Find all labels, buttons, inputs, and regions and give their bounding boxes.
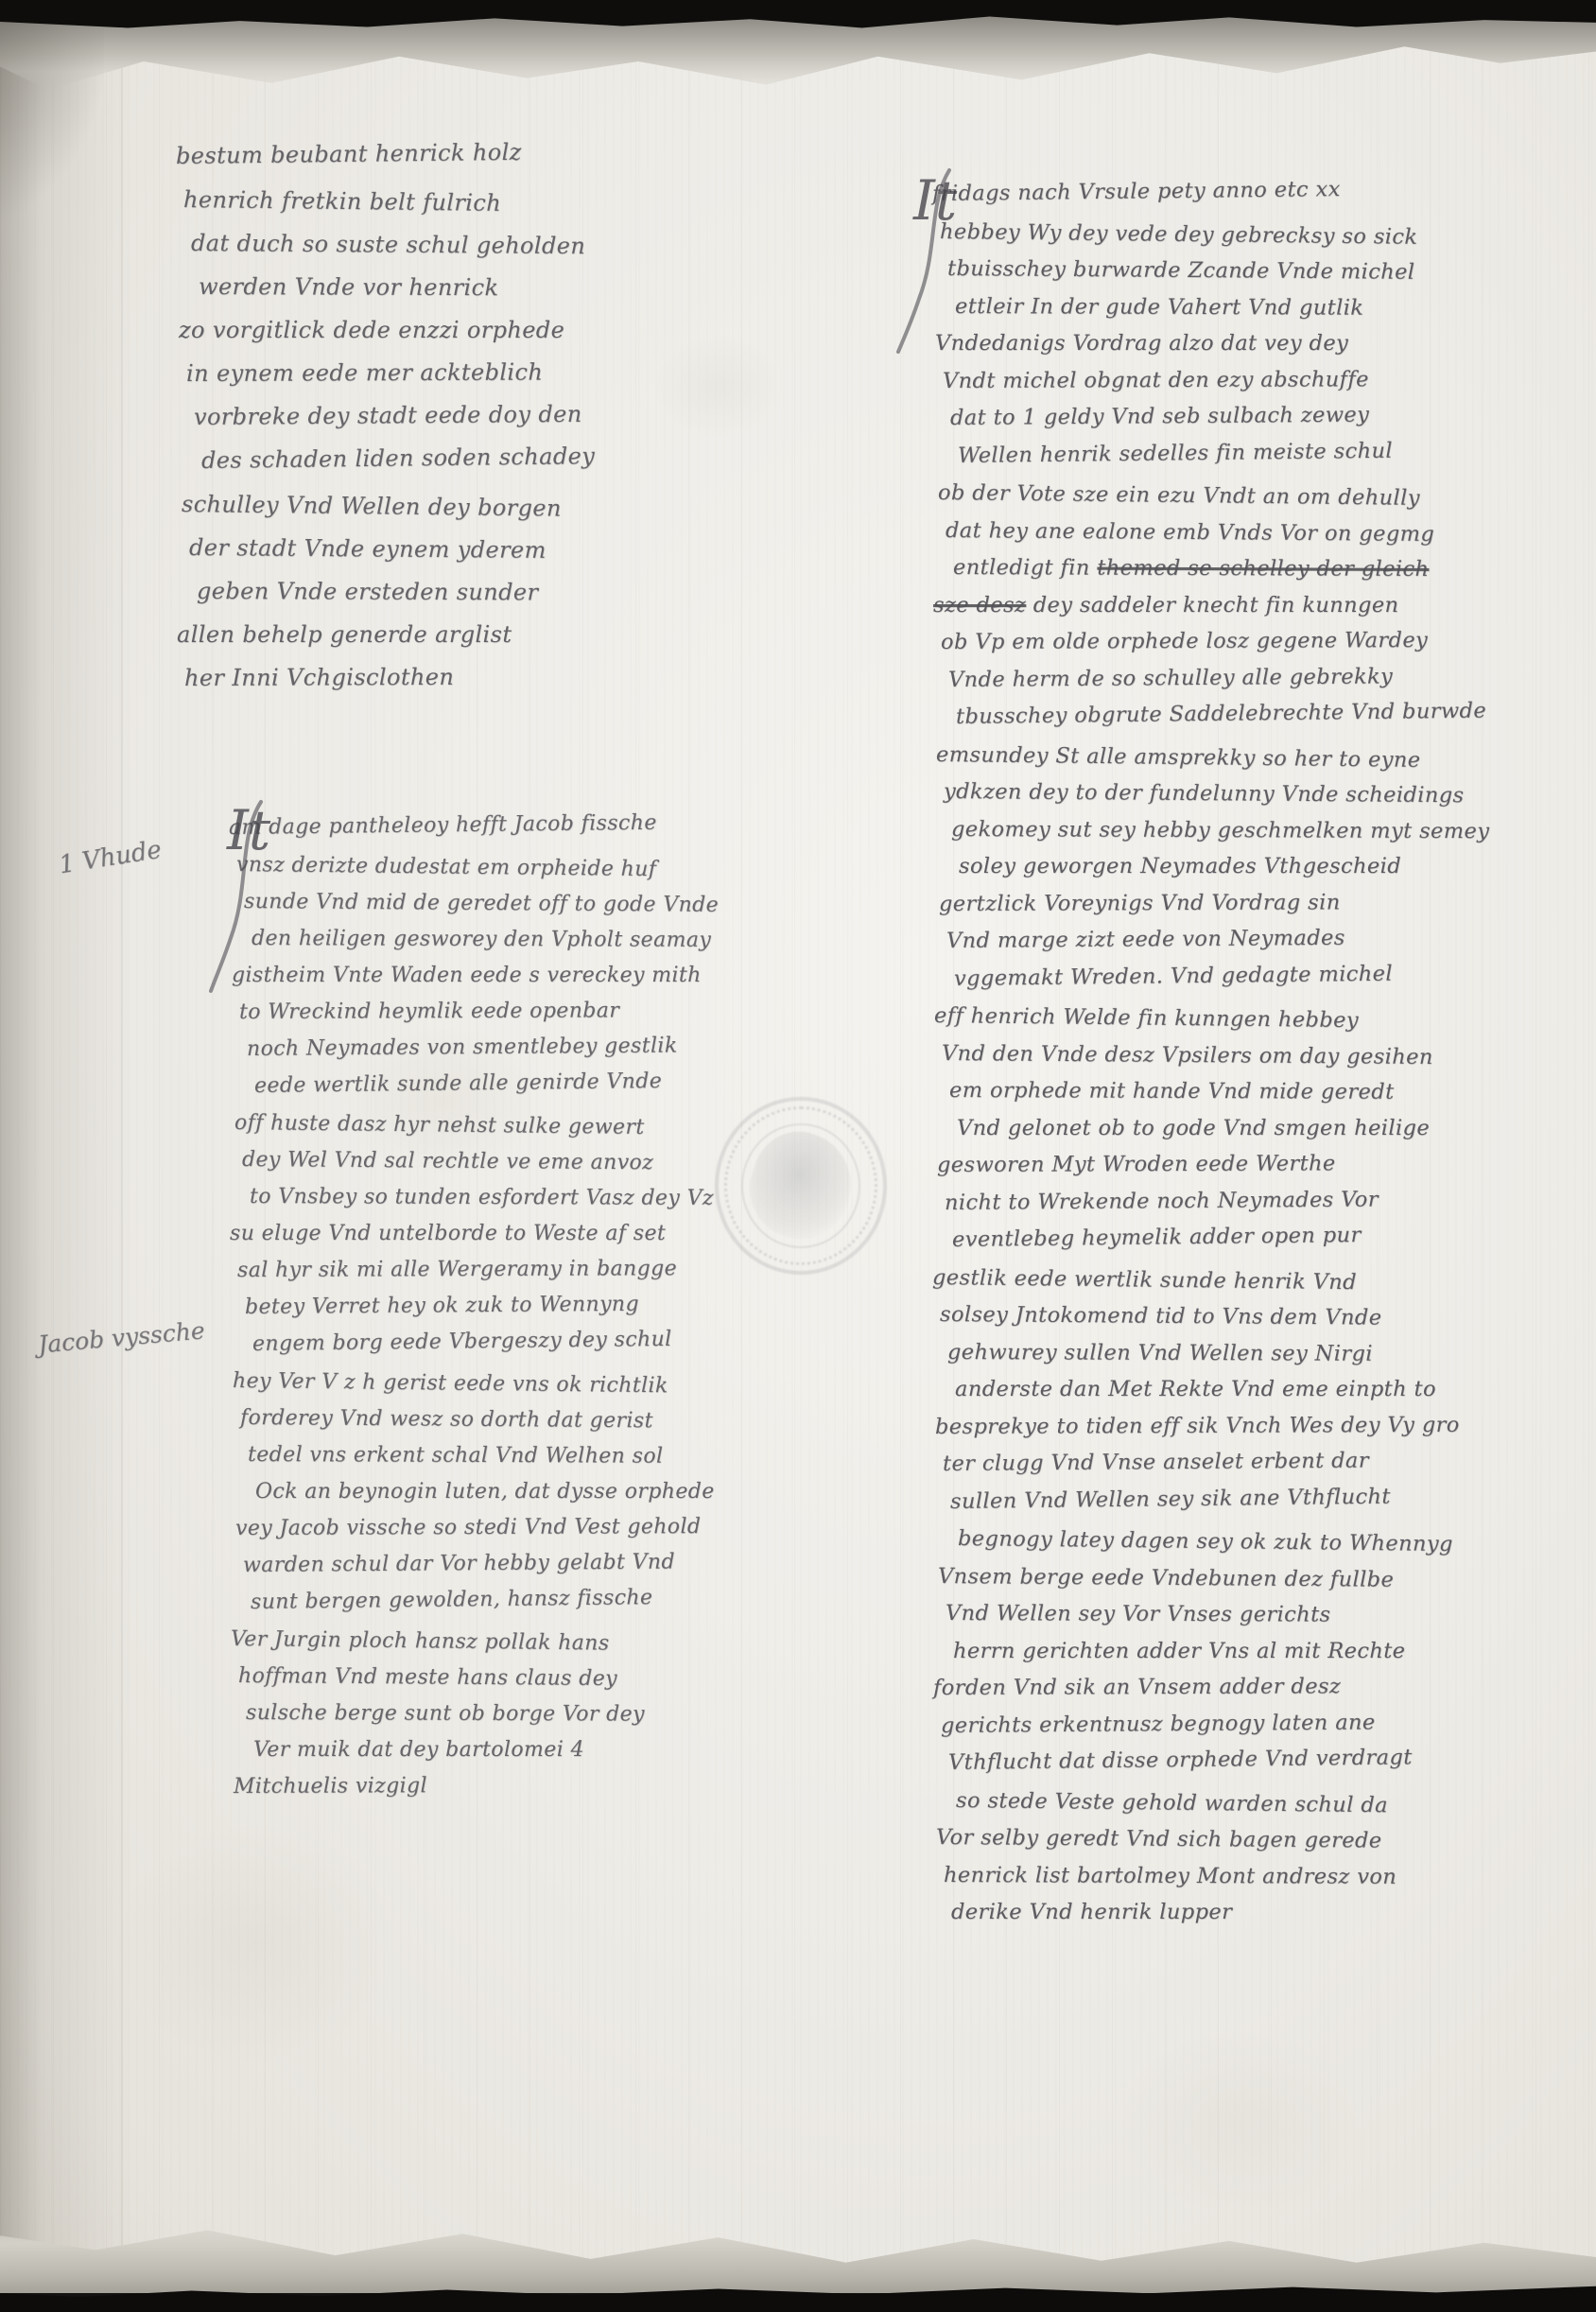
manuscript-text: allen behelp generde arglist [177,621,512,648]
manuscript-text: Vndt michel obgnat den ezy abschuffe [943,367,1369,393]
manuscript-text: dey saddeler knecht fin kunngen [1026,593,1398,617]
manuscript-line: Ver muik dat dey bartolomei 4 [253,1731,692,1768]
left-column-paragraph-1: bestum beubant henrick holzhenrich fretk… [185,134,639,700]
manuscript-text: am dage pantheleoy hefft Jacob fissche [229,811,657,840]
manuscript-line: Mitchuelis vizgigl [234,1766,692,1805]
manuscript-text: dey Wel Vnd sal rechtle ve eme anvoz [242,1148,653,1174]
manuscript-line: Vthflucht dat disse orphede Vnd verdragt [948,1739,1414,1782]
manuscript-line: vggemakt Wreden. Vnd gedagte michel [954,955,1414,998]
manuscript-line: Ock an beynogin luten, dat dysse orphede [255,1473,692,1510]
manuscript-line: gistheim Vnte Waden eede s vereckey mith [232,957,692,994]
manuscript-line: sunde Vnd mid de geredet off to gode Vnd… [244,883,692,924]
manuscript-line: her Inni Vchgisclothen [184,654,639,700]
manuscript-line: allen behelp generde arglist [177,613,639,656]
manuscript-line: betey Verret hey ok zuk to Wennyng [245,1285,692,1326]
manuscript-text: Ver Jurgin ploch hansz pollak hans [231,1627,610,1656]
manuscript-text: emsundey St alle amsprekky so her to eyn… [936,742,1421,773]
paper-stain [113,1819,397,2065]
manuscript-line: tedel vns erkent schal Vnd Welhen sol [248,1436,692,1475]
manuscript-line: dat hey ane ealone emb Vnds Vor on gegmg [945,513,1414,553]
manuscript-text: Vthflucht dat disse orphede Vnd verdragt [948,1745,1413,1775]
manuscript-text: nicht to Wrekende noch Neymades Vor [945,1187,1379,1215]
manuscript-text: werden Vnde vor henrick [199,273,499,301]
manuscript-text: to Wreckind heymlik eede openbar [239,999,619,1024]
manuscript-line: sulsche berge sunt ob borge Vor dey [246,1695,692,1733]
manuscript-text: entledigt fin [953,555,1097,581]
manuscript-text: Wellen henrik sedelles fin meiste schul [958,438,1393,467]
manuscript-text: anderste dan Met Rekte Vnd eme einpth to [955,1377,1436,1401]
manuscript-line: Vndedanigs Vordrag alzo dat vey dey [935,325,1414,363]
manuscript-text: tbuisschey burwarde Zcande Vnde michel [947,256,1415,285]
manuscript-text: ob Vp em olde orphede losz gegene Wardey [941,628,1428,654]
manuscript-line: Vndt michel obgnat den ezy abschuffe [943,361,1414,400]
manuscript-line: Vnd Wellen sey Vor Vnses gerichts [945,1595,1414,1634]
manuscript-line: to Vnsbey so tunden esfordert Vasz dey V… [250,1178,692,1217]
manuscript-text: su eluge Vnd untelborde to Weste af set [230,1222,666,1245]
manuscript-line: ob Vp em olde orphede losz gegene Wardey [941,622,1414,661]
manuscript-line: fridags nach Vrsule pety anno etc xx [932,170,1414,213]
struck-text: themed se schelley der gleich [1097,556,1429,582]
archive-seal-stamp [715,1097,887,1275]
manuscript-line: Vnd den Vnde desz Vpsilers om day gesihe… [942,1035,1414,1076]
manuscript-text: der stadt Vnde eynem yderem [189,534,546,564]
manuscript-line: solsey Jntokomend tid to Vns dem Vnde [940,1296,1414,1337]
manuscript-line: sze desz dey saddeler knecht fin kunngen [933,587,1414,625]
manuscript-text: so stede Veste gehold warden schul da [956,1788,1388,1817]
manuscript-text: dat duch so suste schul geholden [191,230,585,259]
manuscript-line: am dage pantheleoy hefft Jacob fissche [229,804,692,846]
struck-text: sze desz [933,593,1026,617]
manuscript-text: off huste dasz hyr nehst sulke gewert [234,1111,645,1139]
manuscript-line: derike Vnd henrik lupper [951,1894,1414,1932]
manuscript-line: sunt bergen gewolden, hansz fissche [251,1579,692,1621]
manuscript-line: Vnd gelonet ob to gode Vnd smgen heilige [957,1110,1414,1148]
manuscript-text: sal hyr sik mi alle Wergeramy in bangge [237,1257,677,1282]
manuscript-text: hoffman Vnd meste hans claus dey [238,1664,617,1691]
manuscript-line: eede wertlik sunde alle genirde Vnde [254,1063,692,1104]
manuscript-text: vggemakt Wreden. Vnd gedagte michel [954,961,1393,990]
manuscript-text: Vnd gelonet ob to gode Vnd smgen heilige [957,1116,1430,1140]
manuscript-text: ydkzen dey to der fundelunny Vnde scheid… [944,779,1465,808]
manuscript-line: su eluge Vnd untelborde to Weste af set [230,1215,692,1252]
manuscript-line: werden Vnde vor henrick [199,265,639,310]
corner-tear [0,0,104,217]
manuscript-text: ob der Vote sze ein ezu Vndt an om dehul… [938,480,1420,511]
manuscript-line: forden Vnd sik an Vnsem adder desz [933,1668,1414,1707]
manuscript-line: gestlik eede wertlik sunde henrik Vnd [932,1260,1414,1302]
manuscript-line: ettleir In der gude Vahert Vnd gutlik [955,288,1414,327]
manuscript-line: bestum beubant henrick holz [176,129,639,178]
manuscript-text: tedel vns erkent schal Vnd Welhen sol [248,1443,664,1469]
manuscript-line: ter clugg Vnd Vnse anselet erbent dar [943,1442,1414,1483]
manuscript-text: gekomey sut sey hebby geschmelken myt se… [951,817,1489,843]
left-column-paragraph-2: am dage pantheleoy hefft Jacob fisschevn… [238,809,692,1805]
manuscript-line: henrich fretkin belt fulrich [183,178,639,227]
manuscript-text: in eynem eede mer ackteblich [186,359,543,387]
paper-stain [1116,2027,1362,2216]
manuscript-text: geben Vnde ersteden sunder [197,578,538,605]
manuscript-line: schulley Vnd Wellen dey borgen [182,482,639,531]
manuscript-text: vey Jacob vissche so stedi Vnd Vest geho… [235,1515,701,1540]
manuscript-line: off huste dasz hyr nehst sulke gewert [234,1104,692,1147]
manuscript-line: to Wreckind heymlik eede openbar [239,992,692,1031]
manuscript-line: Vnsem berge eede Vndebunen dez fullbe [938,1558,1414,1599]
manuscript-text: vnsz derizte dudestat em orpheide huf [236,853,657,881]
manuscript-line: hey Ver V z h gerist eede vns ok richtli… [233,1363,692,1405]
manuscript-line: sullen Vnd Wellen sey sik ane Vthflucht [950,1478,1414,1521]
manuscript-line: henrick list bartolmey Mont andresz von [944,1857,1414,1896]
manuscript-text: Vnd marge zizt eede von Neymades [946,926,1345,953]
manuscript-text: Vnsem berge eede Vndebunen dez fullbe [938,1564,1394,1592]
manuscript-line: vnsz derizte dudestat em orpheide huf [236,846,692,889]
manuscript-text: noch Neymades von smentlebey gestlik [247,1034,678,1061]
manuscript-text: gistheim Vnte Waden eede s vereckey mith [232,964,702,987]
manuscript-text: fridags nach Vrsule pety anno etc xx [932,177,1341,206]
manuscript-text: sunt bergen gewolden, hansz fissche [251,1586,653,1614]
manuscript-text: Mitchuelis vizgigl [234,1774,427,1799]
manuscript-line: des schaden liden soden schadey [201,434,639,482]
fold-line [121,23,123,2292]
manuscript-line: soley geworgen Neymades Vthgescheid [959,848,1414,886]
manuscript-line: herrn gerichten adder Vns al mit Rechte [953,1633,1414,1671]
manuscript-line: gerichts erkentnusz begnogy laten ane [941,1704,1414,1745]
manuscript-line: in eynem eede mer ackteblich [186,350,639,395]
manuscript-line: den heiligen gesworey den Vpholt seamay [252,920,692,959]
manuscript-line: zo vorgitlick dede enzzi orphede [179,308,639,352]
manuscript-text: Vnd den Vnde desz Vpsilers om day gesihe… [942,1041,1433,1069]
scanned-book-page: bestum beubant henrick holzhenrich fretk… [0,0,1596,2312]
manuscript-text: Vnde herm de so schulley alle gebrekky [948,664,1393,692]
manuscript-text: henrick list bartolmey Mont andresz von [944,1863,1396,1889]
manuscript-text: den heiligen gesworey den Vpholt seamay [252,927,711,952]
manuscript-text: des schaden liden soden schadey [201,443,595,474]
manuscript-line: Vnde herm de so schulley alle gebrekky [948,658,1414,699]
manuscript-text: forderey Vnd wesz so dorth dat gerist [240,1406,653,1433]
manuscript-line: warden schul dar Vor hebby gelabt Vnd [243,1543,692,1584]
manuscript-text: ettleir In der gude Vahert Vnd gutlik [955,294,1363,321]
manuscript-line: Vnd marge zizt eede von Neymades [946,919,1414,960]
manuscript-line: hoffman Vnd meste hans claus dey [238,1658,692,1698]
manuscript-text: derike Vnd henrik lupper [951,1900,1232,1924]
manuscript-line: der stadt Vnde eynem yderem [189,526,639,573]
manuscript-text: dat hey ane ealone emb Vnds Vor on gegmg [945,518,1434,547]
manuscript-text: to Vnsbey so tunden esfordert Vasz dey V… [250,1185,714,1210]
manuscript-text: gerichts erkentnusz begnogy laten ane [941,1710,1376,1738]
manuscript-line: sal hyr sik mi alle Wergeramy in bangge [237,1250,692,1289]
manuscript-text: betey Verret hey ok zuk to Wennyng [245,1293,639,1319]
manuscript-text: herrn gerichten adder Vns al mit Rechte [953,1639,1405,1663]
manuscript-line: vorbreke dey stadt eede doy den [194,391,639,439]
manuscript-line: em orphede mit hande Vnd mide geredt [949,1072,1414,1111]
manuscript-text: begnogy latey dagen sey ok zuk to Whenny… [958,1526,1453,1556]
manuscript-line: dat duch so suste schul geholden [191,221,639,269]
manuscript-text: eventlebeg heymelik adder open pur [952,1223,1362,1252]
manuscript-line: tbuisschey burwarde Zcande Vnde michel [947,251,1414,291]
manuscript-line: gertzlick Voreynigs Vnd Vordrag sin [939,884,1414,923]
manuscript-text: sullen Vnd Wellen sey sik ane Vthflucht [950,1484,1391,1513]
manuscript-text: dat to 1 geldy Vnd seb sulbach zewey [950,403,1369,430]
manuscript-line: Vor selby geredt Vnd sich bagen gerede [936,1819,1414,1860]
manuscript-line: eventlebeg heymelik adder open pur [952,1216,1414,1259]
manuscript-line: forderey Vnd wesz so dorth dat gerist [240,1399,692,1440]
manuscript-line: begnogy latey dagen sey ok zuk to Whenny… [958,1521,1414,1563]
manuscript-line: emsundey St alle amsprekky so her to eyn… [936,737,1414,779]
manuscript-text: schulley Vnd Wellen dey borgen [182,491,562,522]
manuscript-line: ydkzen dey to der fundelunny Vnde scheid… [944,774,1414,814]
manuscript-text: Vor selby geredt Vnd sich bagen gerede [936,1825,1382,1853]
manuscript-text: warden schul dar Vor hebby gelabt Vnd [243,1550,675,1577]
manuscript-text: hebbey Wy dey vede dey gebrecksy so sick [940,219,1418,250]
manuscript-text: em orphede mit hande Vnd mide geredt [949,1078,1395,1104]
right-column-paragraph: fridags nach Vrsule pety anno etc xxhebb… [942,176,1414,1932]
manuscript-line: hebbey Wy dey vede dey gebrecksy so sick [940,214,1414,256]
manuscript-text: gesworen Myt Wroden eede Werthe [937,1151,1336,1177]
manuscript-line: dat to 1 geldy Vnd seb sulbach zewey [950,396,1414,437]
manuscript-text: eff henrich Welde fin kunngen hebbey [934,1003,1359,1033]
manuscript-line: ob der Vote sze ein ezu Vndt an om dehul… [938,475,1414,517]
manuscript-page: bestum beubant henrick holzhenrich fretk… [0,23,1596,2292]
manuscript-text: gehwurey sullen Vnd Wellen sey Nirgi [947,1340,1373,1366]
manuscript-text: Ock an beynogin luten, dat dysse orphede [255,1480,715,1504]
manuscript-line: dey Wel Vnd sal rechtle ve eme anvoz [242,1141,692,1182]
manuscript-text: ter clugg Vnd Vnse anselet erbent dar [943,1449,1369,1476]
manuscript-line: so stede Veste gehold warden schul da [956,1782,1414,1825]
manuscript-line: geben Vnde ersteden sunder [197,569,639,615]
manuscript-line: engem borg eede Vbergeszy dey schul [252,1321,692,1363]
manuscript-text: hey Ver V z h gerist eede vns ok richtli… [233,1369,668,1398]
manuscript-line: tbusschey obgrute Saddelebrechte Vnd bur… [956,693,1414,736]
manuscript-text: eede wertlik sunde alle genirde Vnde [254,1069,662,1098]
manuscript-line: eff henrich Welde fin kunngen hebbey [934,998,1414,1040]
manuscript-text: zo vorgitlick dede enzzi orphede [179,317,564,343]
manuscript-text: her Inni Vchgisclothen [184,664,454,691]
manuscript-text: vorbreke dey stadt eede doy den [194,401,582,430]
manuscript-text: sulsche berge sunt ob borge Vor dey [246,1701,645,1727]
manuscript-line: gehwurey sullen Vnd Wellen sey Nirgi [947,1334,1414,1373]
manuscript-line: gekomey sut sey hebby geschmelken myt se… [951,811,1414,850]
manuscript-line: vey Jacob vissche so stedi Vnd Vest geho… [235,1508,692,1547]
manuscript-line: nicht to Wrekende noch Neymades Vor [945,1181,1414,1222]
manuscript-line: noch Neymades von smentlebey gestlik [247,1027,692,1068]
manuscript-text: forden Vnd sik an Vnsem adder desz [933,1674,1341,1700]
manuscript-line: besprekye to tiden eff sik Vnch Wes dey … [935,1407,1414,1446]
manuscript-text: tbusschey obgrute Saddelebrechte Vnd bur… [956,699,1486,729]
manuscript-text: Vndedanigs Vordrag alzo dat vey dey [935,331,1348,356]
manuscript-text: besprekye to tiden eff sik Vnch Wes dey … [935,1412,1460,1438]
manuscript-text: engem borg eede Vbergeszy dey schul [252,1328,672,1356]
manuscript-line: Wellen henrik sedelles fin meiste schul [958,432,1414,475]
paper-stain [652,335,785,439]
manuscript-text: gestlik eede wertlik sunde henrik Vnd [932,1265,1357,1295]
manuscript-line: gesworen Myt Wroden eede Werthe [937,1145,1414,1184]
manuscript-text: Vnd Wellen sey Vor Vnses gerichts [945,1601,1331,1627]
manuscript-line: Ver Jurgin ploch hansz pollak hans [231,1621,692,1663]
manuscript-text: bestum beubant henrick holz [176,139,522,169]
manuscript-text: soley geworgen Neymades Vthgescheid [959,854,1401,878]
manuscript-text: Ver muik dat dey bartolomei 4 [253,1738,584,1762]
manuscript-text: henrich fretkin belt fulrich [183,186,501,217]
manuscript-text: sunde Vnd mid de geredet off to gode Vnd… [244,890,719,917]
manuscript-text: gertzlick Voreynigs Vnd Vordrag sin [939,890,1341,916]
manuscript-line: entledigt fin themed se schelley der gle… [953,549,1414,588]
manuscript-text: solsey Jntokomend tid to Vns dem Vnde [940,1302,1382,1330]
manuscript-line: anderste dan Met Rekte Vnd eme einpth to [955,1371,1414,1409]
